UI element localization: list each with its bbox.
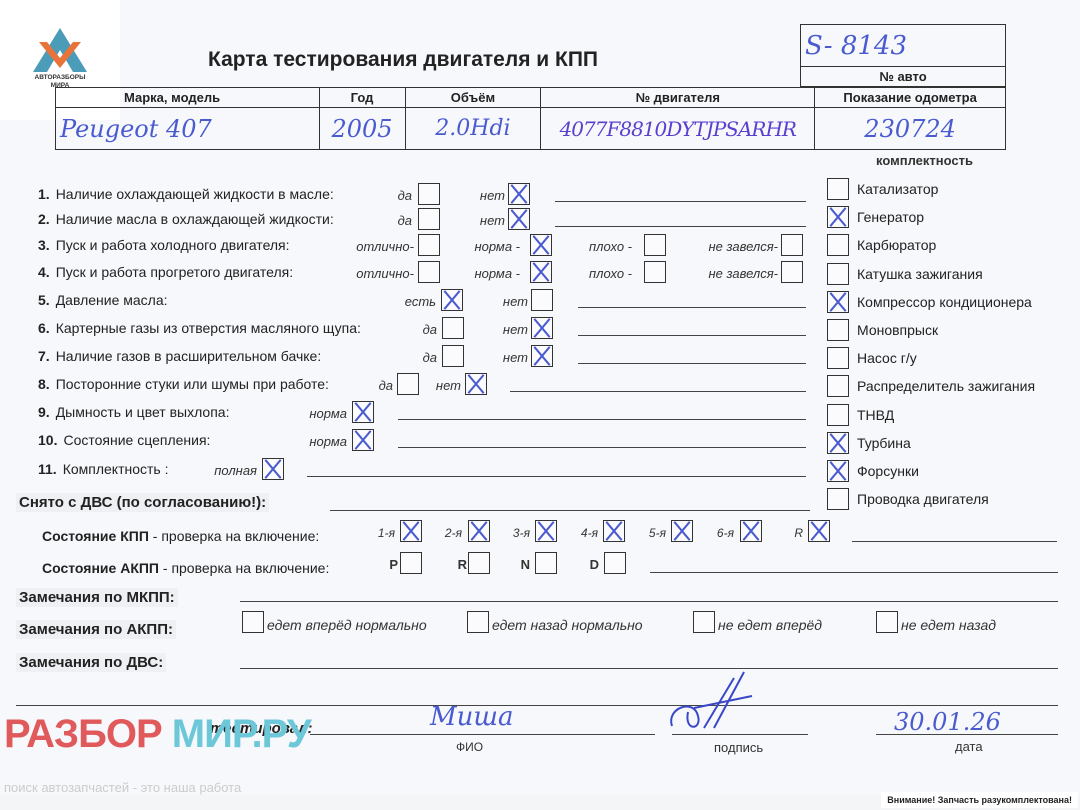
col-make-model: Марка, модель: [56, 88, 320, 108]
option-checkbox[interactable]: [418, 234, 440, 256]
comment-line[interactable]: [578, 335, 806, 336]
gear-label: 3-я: [513, 526, 530, 540]
test-card-sheet: АВТОРАЗБОРЫ МИРА Карта тестирования двиг…: [0, 0, 1080, 795]
option-label: полная: [214, 463, 257, 478]
kit-item-label: Генератор: [857, 209, 924, 225]
question-text: Давление масла:: [56, 292, 168, 308]
checklist-question: 2.Наличие масла в охлаждающей жидкости:: [38, 211, 334, 227]
checklist-question: 5.Давление масла:: [38, 292, 168, 308]
kit-item-label: Катализатор: [857, 181, 938, 197]
kit-checkbox[interactable]: [827, 404, 849, 426]
value-make-model: Peugeot 407: [56, 108, 320, 150]
question-text: Пуск и работа холодного двигателя:: [56, 237, 290, 253]
gear-checkbox[interactable]: [671, 520, 693, 542]
option-checkbox[interactable]: [441, 289, 463, 311]
kit-item-label: Турбина: [857, 435, 911, 451]
kit-checkbox[interactable]: [827, 375, 849, 397]
auto-gear-label: D: [590, 557, 599, 572]
kit-checkbox[interactable]: [827, 234, 849, 256]
akpp-remarks-label: Замечания по АКПП:: [16, 620, 176, 639]
name-line: [310, 734, 655, 735]
kit-item-label: Форсунки: [857, 463, 919, 479]
watermark-brand: РАЗБОР МИР.РУ: [4, 712, 311, 757]
auto-gear-checkbox[interactable]: [400, 552, 422, 574]
option-label: да: [423, 350, 437, 365]
kit-item-label: Проводка двигателя: [857, 491, 989, 507]
comment-line[interactable]: [398, 419, 806, 420]
option-checkbox[interactable]: [397, 373, 419, 395]
option-label: нет: [436, 378, 461, 393]
dvs-remarks-line-2[interactable]: [16, 705, 1058, 706]
removed-line: [330, 510, 810, 511]
option-label: норма -: [474, 266, 520, 281]
dvs-remarks-label: Замечания по ДВС:: [16, 653, 166, 672]
option-checkbox[interactable]: [531, 317, 553, 339]
comment-line[interactable]: [555, 226, 806, 227]
value-engine-number: 4077F8810DYTJPSARHR: [541, 108, 815, 150]
option-label: норма: [309, 406, 347, 421]
checklist-question: 11.Комплектность :: [38, 461, 169, 477]
option-label: норма: [309, 434, 347, 449]
question-number: 2.: [38, 211, 50, 227]
question-number: 10.: [38, 432, 57, 448]
question-text: Состояние сцепления:: [63, 432, 210, 448]
value-volume: 2.0Hdi: [405, 108, 541, 150]
question-number: 4.: [38, 264, 50, 280]
gear-label: 2-я: [445, 526, 462, 540]
akpp-option-label: не едет вперёд: [718, 617, 822, 633]
comment-line[interactable]: [555, 201, 806, 202]
option-label: норма -: [474, 239, 520, 254]
question-text: Пуск и работа прогретого двигателя:: [56, 264, 293, 280]
checklist-question: 6.Картерные газы из отверстия масляного …: [38, 320, 361, 336]
option-checkbox[interactable]: [530, 234, 552, 256]
kit-item-label: Карбюратор: [857, 237, 936, 253]
option-checkbox[interactable]: [442, 317, 464, 339]
option-label: не завелся-: [708, 239, 778, 254]
comment-line[interactable]: [578, 307, 806, 308]
option-label: есть: [405, 294, 436, 309]
mkpp-remarks-label: Замечания по МКПП:: [16, 588, 178, 607]
signature-caption: подпись: [714, 740, 763, 755]
option-label: не завелся-: [708, 266, 778, 281]
gear-checkbox[interactable]: [740, 520, 762, 542]
car-number-box: S- 8143 № авто: [800, 24, 1006, 87]
option-checkbox[interactable]: [465, 373, 487, 395]
kit-item-label: Насос г/у: [857, 350, 917, 366]
kit-item-label: Распределитель зажигания: [857, 378, 1035, 394]
gear-label: 6-я: [717, 526, 734, 540]
checklist-question: 3.Пуск и работа холодного двигателя:: [38, 237, 290, 253]
question-number: 5.: [38, 292, 50, 308]
akpp-option-label: не едет назад: [901, 617, 996, 633]
gear-checkbox[interactable]: [808, 520, 830, 542]
auto-gear-checkbox[interactable]: [535, 552, 557, 574]
option-checkbox[interactable]: [508, 208, 530, 230]
option-checkbox[interactable]: [530, 261, 552, 283]
comment-line[interactable]: [510, 391, 806, 392]
warning-badge: Внимание! Запчасть разукомплектована!: [881, 792, 1078, 808]
gear-checkbox[interactable]: [400, 520, 422, 542]
option-checkbox[interactable]: [262, 458, 284, 480]
option-label: да: [423, 322, 437, 337]
kit-checkbox[interactable]: [827, 488, 849, 510]
gear-label: 4-я: [581, 526, 598, 540]
gear-checkbox[interactable]: [603, 520, 625, 542]
manual-gear-line: [852, 541, 1057, 542]
document-title: Карта тестирования двигателя и КПП: [208, 48, 598, 72]
question-number: 8.: [38, 376, 50, 392]
akpp-option-checkbox[interactable]: [693, 611, 715, 633]
tester-name: Миша: [430, 702, 514, 732]
option-checkbox[interactable]: [418, 208, 440, 230]
date-caption: дата: [955, 739, 983, 754]
option-label: да: [379, 378, 393, 393]
option-checkbox[interactable]: [442, 345, 464, 367]
option-label: нет: [503, 294, 528, 309]
gear-checkbox[interactable]: [468, 520, 490, 542]
checklist-question: 9.Дымность и цвет выхлопа:: [38, 404, 229, 420]
kit-checkbox[interactable]: [827, 291, 849, 313]
kit-checkbox[interactable]: [827, 263, 849, 285]
value-odometer: 230724: [815, 108, 1006, 150]
checklist-question: 4.Пуск и работа прогретого двигателя:: [38, 264, 293, 280]
gear-label: R: [794, 526, 803, 540]
option-label: нет: [480, 213, 505, 228]
kit-item-label: Катушка зажигания: [857, 266, 983, 282]
kit-item-label: ТНВД: [857, 407, 894, 423]
value-year: 2005: [319, 108, 405, 150]
question-number: 6.: [38, 320, 50, 336]
question-text: Посторонние стуки или шумы при работе:: [56, 376, 329, 392]
question-number: 9.: [38, 404, 50, 420]
kit-checkbox[interactable]: [827, 319, 849, 341]
option-label: нет: [503, 322, 528, 337]
question-text: Наличие масла в охлаждающей жидкости:: [56, 211, 334, 227]
comment-line[interactable]: [307, 476, 806, 477]
option-checkbox[interactable]: [531, 345, 553, 367]
question-text: Наличие газов в расширительном бачке:: [56, 348, 322, 364]
comment-line[interactable]: [398, 447, 806, 448]
option-checkbox[interactable]: [644, 234, 666, 256]
col-volume: Объём: [405, 88, 541, 108]
checklist-question: 1.Наличие охлаждающей жидкости в масле:: [38, 186, 334, 202]
option-label: да: [398, 213, 412, 228]
logo-icon: [33, 28, 87, 72]
removed-label: Снято с ДВС (по согласованию!):: [16, 493, 269, 512]
option-checkbox[interactable]: [781, 261, 803, 283]
option-label: нет: [503, 350, 528, 365]
col-engine-number: № двигателя: [541, 88, 815, 108]
auto-gear-checkbox[interactable]: [468, 552, 490, 574]
kit-checkbox[interactable]: [827, 460, 849, 482]
signature-icon: [664, 668, 754, 738]
auto-gearbox-label: Состояние АКПП - проверка на включение:: [42, 560, 329, 576]
auto-gear-label: N: [521, 557, 530, 572]
mkpp-remarks-line[interactable]: [240, 601, 1058, 602]
col-odometer: Показание одометра: [815, 88, 1006, 108]
gear-checkbox[interactable]: [535, 520, 557, 542]
question-text: Картерные газы из отверстия масляного щу…: [56, 320, 361, 336]
kit-checkbox[interactable]: [827, 206, 849, 228]
akpp-option-label: едет назад нормально: [492, 617, 643, 633]
kit-checkbox[interactable]: [827, 432, 849, 454]
name-caption: ФИО: [456, 740, 483, 754]
manual-gearbox-label: Состояние КПП - проверка на включение:: [42, 528, 319, 544]
dvs-remarks-line[interactable]: [240, 668, 1058, 669]
auto-gear-line: [650, 572, 1058, 573]
option-checkbox[interactable]: [531, 289, 553, 311]
checklist-question: 8.Посторонние стуки или шумы при работе:: [38, 376, 329, 392]
checklist-question: 10.Состояние сцепления:: [38, 432, 210, 448]
question-text: Дымность и цвет выхлопа:: [56, 404, 230, 420]
gear-label: 1-я: [378, 526, 395, 540]
kit-checkbox[interactable]: [827, 178, 849, 200]
auto-gear-label: R: [458, 557, 467, 572]
question-number: 3.: [38, 237, 50, 253]
date-line: [876, 734, 1058, 735]
akpp-option-checkbox[interactable]: [467, 611, 489, 633]
comment-line[interactable]: [578, 363, 806, 364]
option-checkbox[interactable]: [644, 261, 666, 283]
vehicle-header-table: Марка, модель Год Объём № двигателя Пока…: [55, 87, 1006, 150]
option-checkbox[interactable]: [418, 183, 440, 205]
logo-line1: АВТОРАЗБОРЫ: [0, 74, 120, 82]
option-label: да: [398, 188, 412, 203]
question-text: Наличие охлаждающей жидкости в масле:: [56, 186, 334, 202]
akpp-option-checkbox[interactable]: [876, 611, 898, 633]
gear-label: 5-я: [649, 526, 666, 540]
kit-heading: комплектность: [876, 153, 973, 168]
option-label: отлично-: [356, 239, 414, 254]
auto-gear-checkbox[interactable]: [604, 552, 626, 574]
option-label: плохо -: [589, 239, 632, 254]
question-number: 7.: [38, 348, 50, 364]
question-text: Комплектность :: [63, 461, 169, 477]
akpp-option-label: едет вперёд нормально: [267, 617, 427, 633]
option-checkbox[interactable]: [352, 429, 374, 451]
option-checkbox[interactable]: [781, 234, 803, 256]
option-label: нет: [480, 188, 505, 203]
watermark-slogan: поиск автозапчастей - это наша работа: [4, 780, 241, 795]
kit-checkbox[interactable]: [827, 347, 849, 369]
col-year: Год: [319, 88, 405, 108]
option-label: отлично-: [356, 266, 414, 281]
checklist-question: 7.Наличие газов в расширительном бачке:: [38, 348, 321, 364]
question-number: 11.: [38, 461, 57, 477]
auto-gear-label: P: [389, 557, 398, 572]
akpp-option-checkbox[interactable]: [242, 611, 264, 633]
option-checkbox[interactable]: [508, 183, 530, 205]
option-checkbox[interactable]: [352, 401, 374, 423]
option-label: плохо -: [589, 266, 632, 281]
question-number: 1.: [38, 186, 50, 202]
option-checkbox[interactable]: [418, 261, 440, 283]
car-number-value: S- 8143: [805, 31, 907, 61]
kit-item-label: Моновпрыск: [857, 322, 938, 338]
kit-item-label: Компрессор кондиционера: [857, 294, 1032, 310]
test-date: 30.01.26: [894, 708, 1001, 736]
signature-line: [672, 734, 808, 735]
car-number-label: № авто: [801, 67, 1006, 87]
